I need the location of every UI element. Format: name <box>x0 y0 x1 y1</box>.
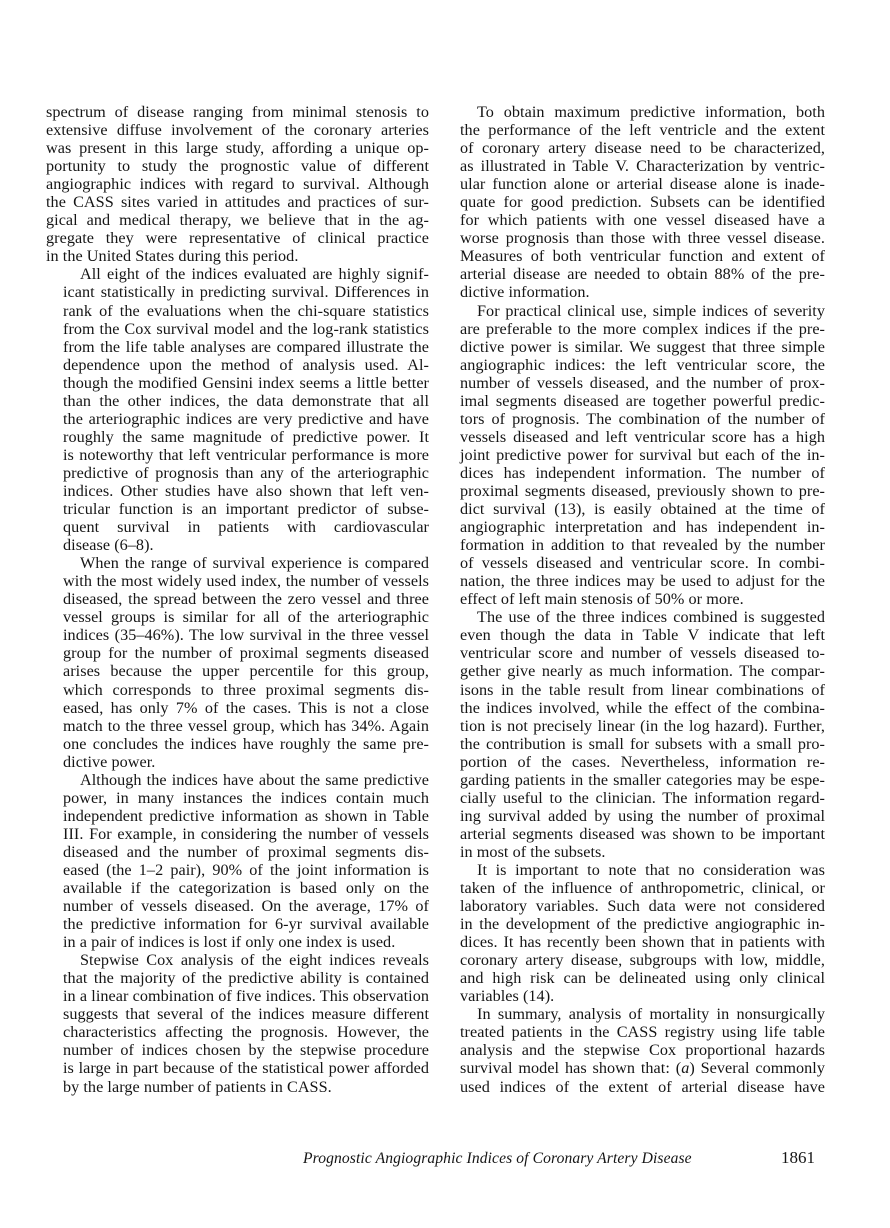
right-column: To obtain maximum predictive information… <box>443 103 825 1096</box>
text-line: joint predictive power for survival but … <box>443 446 825 464</box>
text-line: angiographic interpretation and has inde… <box>443 518 825 536</box>
text-line: independent predictive information as sh… <box>46 807 429 825</box>
text-line: for which patients with one vessel disea… <box>443 211 825 229</box>
text-line: isons in the table result from linear co… <box>443 681 825 699</box>
text-line: number of vessels diseased. On the avera… <box>46 897 429 915</box>
text-line: dict survival (13), is easily obtained a… <box>443 500 825 518</box>
text-line: quent survival in patients with cardiova… <box>46 518 429 536</box>
text-line: from the Cox survival model and the log-… <box>46 320 429 338</box>
text-line: used indices of the extent of arterial d… <box>443 1078 825 1096</box>
text-line: cially useful to the clinician. The info… <box>443 789 825 807</box>
text-line: as illustrated in Table V. Characterizat… <box>443 157 825 175</box>
running-title: Prognostic Angiographic Indices of Coron… <box>303 1150 692 1168</box>
text-line: dictive power. <box>46 753 429 771</box>
text-line: available if the categorization is based… <box>46 879 429 897</box>
text-line: in a linear combination of five indices.… <box>46 987 429 1005</box>
text-line: proximal segments diseased, previously s… <box>443 482 825 500</box>
text-line: that the majority of the predictive abil… <box>46 969 429 987</box>
left-column: spectrum of disease ranging from minimal… <box>46 103 429 1096</box>
text-line: diseased, the spread between the zero ve… <box>46 590 429 608</box>
journal-page: spectrum of disease ranging from minimal… <box>0 0 890 1228</box>
text-line: even though the data in Table V indicate… <box>443 626 825 644</box>
text-line: match to the three vessel group, which h… <box>46 717 429 735</box>
text-line: dependence upon the method of analysis u… <box>46 356 429 374</box>
text-line: was present in this large study, affordi… <box>46 139 429 157</box>
text-line: gether give nearly as much information. … <box>443 662 825 680</box>
page-footer: Prognostic Angiographic Indices of Coron… <box>0 1148 890 1172</box>
text-line: quate for good prediction. Subsets can b… <box>443 193 825 211</box>
paragraph: All eight of the indices evaluated are h… <box>46 265 429 554</box>
text-line: portion of the cases. Nevertheless, info… <box>443 753 825 771</box>
text-line: roughly the same magnitude of predictive… <box>46 428 429 446</box>
text-line: the CASS sites varied in attitudes and p… <box>46 193 429 211</box>
text-line: When the range of survival experience is… <box>46 554 429 572</box>
text-line: The use of the three indices combined is… <box>443 608 825 626</box>
text-line: imal segments diseased are together powe… <box>443 392 825 410</box>
text-line: formation in addition to that revealed b… <box>443 536 825 554</box>
text-line: number of indices chosen by the stepwise… <box>46 1041 429 1059</box>
text-line: predictive of prognosis than any of the … <box>46 464 429 482</box>
text-line: rank of the evaluations when the chi-squ… <box>46 302 429 320</box>
text-line: the arteriographic indices are very pred… <box>46 410 429 428</box>
text-line: is large in part because of the statisti… <box>46 1059 429 1077</box>
text-line: in most of the subsets. <box>443 843 825 861</box>
text-line: one concludes the indices have roughly t… <box>46 735 429 753</box>
text-line: in the development of the predictive ang… <box>443 915 825 933</box>
text-line: power, in many instances the indices con… <box>46 789 429 807</box>
text-line: indices. Other studies have also shown t… <box>46 482 429 500</box>
paragraph: In summary, analysis of mortality in non… <box>443 1005 825 1095</box>
text-line: number of vessels diseased, and the numb… <box>443 374 825 392</box>
text-line: disease (6–8). <box>46 536 429 554</box>
text-line: dictive power is similar. We suggest tha… <box>443 338 825 356</box>
text-line: the performance of the left ventricle an… <box>443 121 825 139</box>
text-line: ular function alone or arterial disease … <box>443 175 825 193</box>
text-line: group for the number of proximal segment… <box>46 644 429 662</box>
text-line: dices has independent information. The n… <box>443 464 825 482</box>
text-line: tricular function is an important predic… <box>46 500 429 518</box>
text-line: variables (14). <box>443 987 825 1005</box>
text-line: tors of prognosis. The combination of th… <box>443 410 825 428</box>
text-line: portunity to study the prognostic value … <box>46 157 429 175</box>
text-line: eased (the 1–2 pair), 90% of the joint i… <box>46 861 429 879</box>
text-line: the predictive information for 6-yr surv… <box>46 915 429 933</box>
text-line: In summary, analysis of mortality in non… <box>443 1005 825 1023</box>
paragraph: spectrum of disease ranging from minimal… <box>46 103 429 265</box>
text-line: is noteworthy that left ventricular perf… <box>46 446 429 464</box>
text-line: All eight of the indices evaluated are h… <box>46 265 429 283</box>
list-marker: a <box>681 1059 689 1077</box>
text-line: suggests that several of the indices mea… <box>46 1005 429 1023</box>
text-line: taken of the influence of anthropometric… <box>443 879 825 897</box>
text-line: effect of left main stenosis of 50% or m… <box>443 590 825 608</box>
text-line: in the United States during this period. <box>46 247 429 265</box>
text-line: tion is not precisely linear (in the log… <box>443 717 825 735</box>
paragraph: When the range of survival experience is… <box>46 554 429 771</box>
text-line: vessels diseased and left ventricular sc… <box>443 428 825 446</box>
text-line: vessel groups is similar for all of the … <box>46 608 429 626</box>
text-line: nation, the three indices may be used to… <box>443 572 825 590</box>
text-line: arterial segments diseased was shown to … <box>443 825 825 843</box>
text-line: dictive information. <box>443 283 825 301</box>
text-line: than the other indices, the data demonst… <box>46 392 429 410</box>
text-line: Stepwise Cox analysis of the eight indic… <box>46 951 429 969</box>
text-line: by the large number of patients in CASS. <box>46 1078 429 1096</box>
text-line: ing survival added by using the number o… <box>443 807 825 825</box>
text-line: survival model has shown that: (a) Sever… <box>443 1059 825 1077</box>
text-line: To obtain maximum predictive information… <box>443 103 825 121</box>
text-line: indices (35–46%). The low survival in th… <box>46 626 429 644</box>
text-line: analysis and the stepwise Cox proportion… <box>443 1041 825 1059</box>
text-line: eased, has only 7% of the cases. This is… <box>46 699 429 717</box>
text-line: It is important to note that no consider… <box>443 861 825 879</box>
text-line: treated patients in the CASS registry us… <box>443 1023 825 1041</box>
text-line: angiographic indices with regard to surv… <box>46 175 429 193</box>
paragraph: To obtain maximum predictive information… <box>443 103 825 302</box>
text-line: which corresponds to three proximal segm… <box>46 681 429 699</box>
paragraph: Although the indices have about the same… <box>46 771 429 951</box>
page-number: 1861 <box>781 1148 815 1168</box>
text-line: characteristics affecting the prognosis.… <box>46 1023 429 1041</box>
text-line: though the modified Gensini index seems … <box>46 374 429 392</box>
paragraph: Stepwise Cox analysis of the eight indic… <box>46 951 429 1095</box>
text-line: the contribution is small for subsets wi… <box>443 735 825 753</box>
text-line: diseased and the number of proximal segm… <box>46 843 429 861</box>
text-line: angiographic indices: the left ventricul… <box>443 356 825 374</box>
text-line: For practical clinical use, simple indic… <box>443 302 825 320</box>
text-line: the indices involved, while the effect o… <box>443 699 825 717</box>
text-line: gregate they were representative of clin… <box>46 229 429 247</box>
text-line: with the most widely used index, the num… <box>46 572 429 590</box>
text-line: and high risk can be delineated using on… <box>443 969 825 987</box>
text-line: of vessels diseased and ventricular scor… <box>443 554 825 572</box>
text-line: in a pair of indices is lost if only one… <box>46 933 429 951</box>
text-line: spectrum of disease ranging from minimal… <box>46 103 429 121</box>
text-line: ventricular score and number of vessels … <box>443 644 825 662</box>
paragraph: It is important to note that no consider… <box>443 861 825 1005</box>
text-line: are preferable to the more complex indic… <box>443 320 825 338</box>
text-line: arterial disease are needed to obtain 88… <box>443 265 825 283</box>
text-line: Although the indices have about the same… <box>46 771 429 789</box>
paragraph: The use of the three indices combined is… <box>443 608 825 861</box>
text-line: icant statistically in predicting surviv… <box>46 283 429 301</box>
text-line: from the life table analyses are compare… <box>46 338 429 356</box>
text-line: garding patients in the smaller categori… <box>443 771 825 789</box>
text-line: arises because the upper percentile for … <box>46 662 429 680</box>
text-line: III. For example, in considering the num… <box>46 825 429 843</box>
paragraph: For practical clinical use, simple indic… <box>443 302 825 609</box>
text-line: of coronary artery disease need to be ch… <box>443 139 825 157</box>
text-line: worse prognosis than those with three ve… <box>443 229 825 247</box>
text-line: coronary artery disease, subgroups with … <box>443 951 825 969</box>
text-line: extensive diffuse involvement of the cor… <box>46 121 429 139</box>
text-line: Measures of both ventricular function an… <box>443 247 825 265</box>
text-line: gical and medical therapy, we believe th… <box>46 211 429 229</box>
text-line: dices. It has recently been shown that i… <box>443 933 825 951</box>
text-line: laboratory variables. Such data were not… <box>443 897 825 915</box>
